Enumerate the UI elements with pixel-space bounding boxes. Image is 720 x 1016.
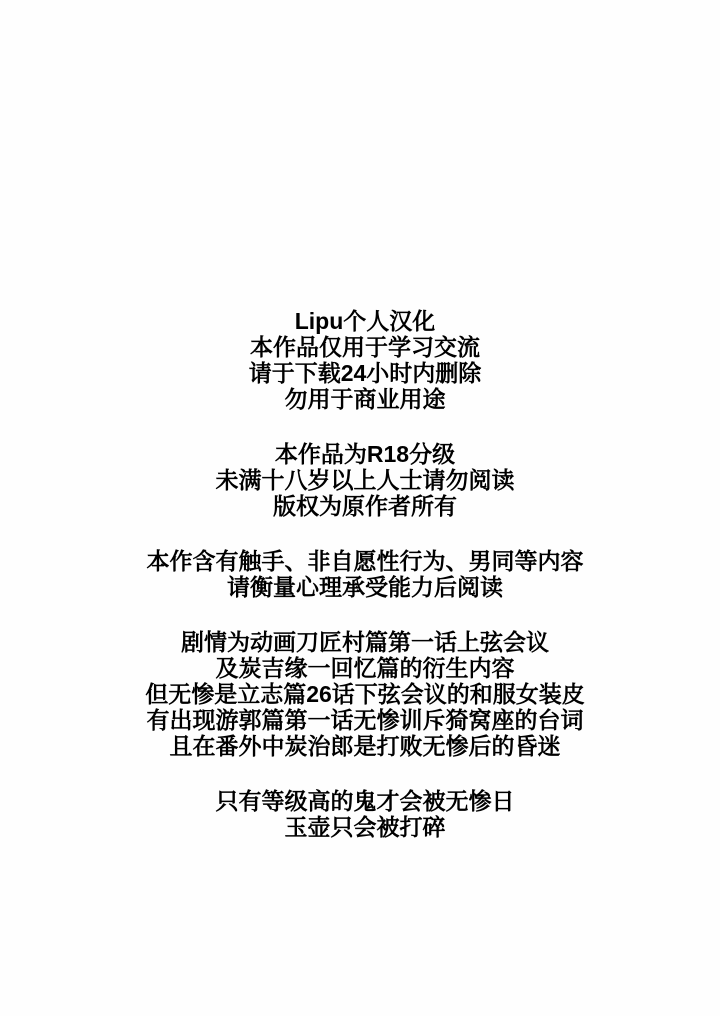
- paragraph-rating: 本作品为R18分级 未满十八岁以上人士请勿阅读 版权为原作者所有: [5, 441, 720, 519]
- paragraph-plot-notes: 剧情为动画刀匠村篇第一话上弦会议 及炭吉缘一回忆篇的衍生内容 但无惨是立志篇26…: [5, 629, 720, 759]
- plot-notes-line: 但无惨是立志篇26话下弦会议的和服女装皮: [5, 681, 720, 707]
- content-warning-line: 请衡量心理承受能力后阅读: [5, 574, 720, 600]
- rating-line: 本作品为R18分级: [5, 441, 720, 467]
- joke-note-line: 只有等级高的鬼才会被无惨日: [5, 788, 720, 814]
- rating-line: 版权为原作者所有: [5, 493, 720, 519]
- plot-notes-line: 剧情为动画刀匠村篇第一话上弦会议: [5, 629, 720, 655]
- credits-line: Lipu个人汉化: [5, 308, 720, 334]
- disclaimer-text-column: Lipu个人汉化 本作品仅用于学习交流 请于下载24小时内删除 勿用于商业用途 …: [5, 308, 720, 840]
- paragraph-content-warning: 本作含有触手、非自愿性行为、男同等内容 请衡量心理承受能力后阅读: [5, 548, 720, 600]
- plot-notes-line: 及炭吉缘一回忆篇的衍生内容: [5, 655, 720, 681]
- credits-line: 请于下载24小时内删除: [5, 360, 720, 386]
- plot-notes-line: 且在番外中炭治郎是打败无惨后的昏迷: [5, 733, 720, 759]
- rating-line: 未满十八岁以上人士请勿阅读: [5, 467, 720, 493]
- content-warning-line: 本作含有触手、非自愿性行为、男同等内容: [5, 548, 720, 574]
- joke-note-line: 玉壶只会被打碎: [5, 814, 720, 840]
- credits-line: 本作品仅用于学习交流: [5, 334, 720, 360]
- paragraph-joke-note: 只有等级高的鬼才会被无惨日 玉壶只会被打碎: [5, 788, 720, 840]
- paragraph-credits: Lipu个人汉化 本作品仅用于学习交流 请于下载24小时内删除 勿用于商业用途: [5, 308, 720, 412]
- disclaimer-page: Lipu个人汉化 本作品仅用于学习交流 请于下载24小时内删除 勿用于商业用途 …: [0, 0, 720, 1016]
- plot-notes-line: 有出现游郭篇第一话无惨训斥猗窝座的台词: [5, 707, 720, 733]
- credits-line: 勿用于商业用途: [5, 386, 720, 412]
